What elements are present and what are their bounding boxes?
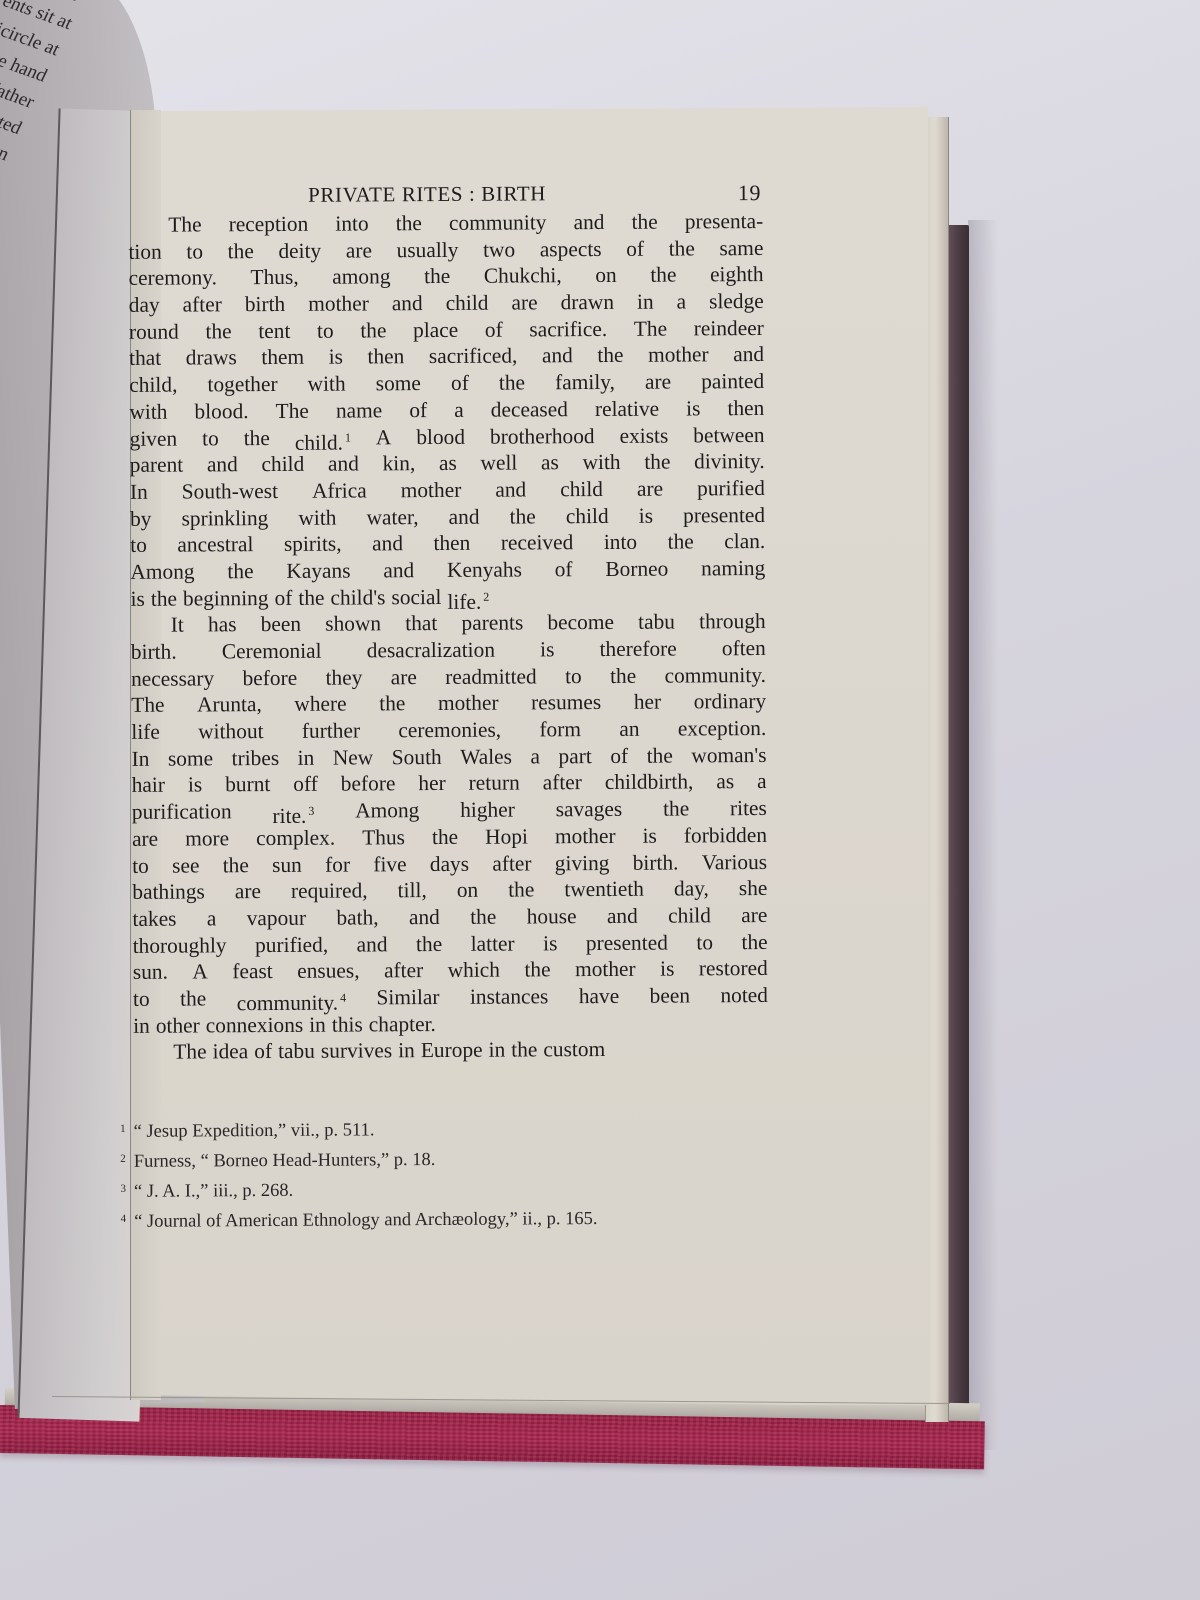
body-line: TheArunta,wherethemotherresumesherordina… [131,688,766,719]
body-line: TheideaoftabusurvivesinEuropeinthecustom [133,1035,768,1066]
footnote-ref: 1 [345,430,351,444]
footnotes: 1“ Jesup Expedition,” vii., p. 511.2Furn… [120,1112,761,1236]
body-line: roundthetenttotheplaceofsacrifice.Therei… [129,315,764,346]
body-line: takesavapourbath,andthehouseandchildare [132,902,767,933]
footnote-ref: 2 [483,589,489,603]
footnote: 3“ J. A. I.,” iii., p. 268. [120,1172,760,1206]
body-line: InsometribesinNewSouthWalesapartofthewom… [131,742,766,773]
body-line: birth.Ceremonialdesacralizationistherefo… [131,635,766,666]
footnote-text: “ Jesup Expedition,” vii., p. 511. [134,1120,375,1141]
body-line: InSouth-westAfricamotherandchildarepurif… [130,475,765,506]
body-text: Thereceptionintothecommunityandthepresen… [128,208,768,1066]
footnote: 1“ Jesup Expedition,” vii., p. 511. [120,1112,760,1146]
photo-scene: AND BELIEFnd. The parents sit attives in… [0,0,1200,1600]
page-number: 19 [738,180,761,206]
body-line: tiontothedeityareusuallytwoaspectsofthes… [128,235,763,266]
body-line: parentandchildandkin,aswellaswiththedivi… [130,448,765,479]
body-line: withblood.Thenameofadeceasedrelativeisth… [129,395,764,426]
footnote: 2Furness, “ Borneo Head-Hunters,” p. 18. [120,1142,760,1176]
body-line: giventothechild.1Abloodbrotherhoodexists… [129,421,764,452]
body-line: AmongtheKayansandKenyahsofBorneonaming [130,555,765,586]
cover-shadow [968,220,998,1450]
footnote-number: 2 [120,1153,126,1165]
body-line: necessarybeforetheyarereadmittedtothecom… [131,662,766,693]
running-head-title: PRIVATE RITES : BIRTH [308,181,546,207]
body-line: toseethesunforfivedaysaftergivingbirth.V… [132,848,767,879]
right-page-text: PRIVATE RITES : BIRTH 19 Thereceptionint… [128,178,768,1066]
body-line: ceremony.Thus,amongtheChukchi,ontheeight… [129,261,764,292]
body-line: sun.Afeastensues,afterwhichthemotherisre… [133,955,768,986]
body-line: hairisburntoffbeforeherreturnafterchildb… [132,768,767,799]
footnote-text: “ J. A. I.,” iii., p. 268. [134,1181,293,1202]
body-line: bysprinklingwithwater,andthechildisprese… [130,502,765,533]
page-block-right-edge [925,117,949,1422]
footnote: 4“ Journal of American Ethnology and Arc… [121,1202,761,1236]
body-line: lifewithoutfurtherceremonies,formanexcep… [131,715,766,746]
body-line: purificationrite.3Amonghighersavagesther… [132,795,767,826]
footnote-ref: 3 [308,804,314,818]
body-line: tothecommunity.4Similarinstanceshavebeen… [133,982,768,1013]
footnote-number: 1 [120,1123,126,1135]
footnote-text: Furness, “ Borneo Head-Hunters,” p. 18. [134,1150,436,1172]
body-line: dayafterbirthmotherandchildaredrawninasl… [129,288,764,319]
body-line: bathingsarerequired,till,onthetwentiethd… [132,875,767,906]
footnote-text: “ Journal of American Ethnology and Arch… [134,1209,597,1232]
body-line: thatdrawsthemisthensacrificed,andthemoth… [129,341,764,372]
body-line: aremorecomplex.ThustheHopimotherisforbid… [132,822,767,853]
body-line: thoroughlypurified,andthelatterispresent… [133,929,768,960]
body-line: toancestralspirits,andthenreceivedintoth… [130,528,765,559]
body-line: inotherconnexionsinthischapter. [133,1009,768,1040]
footnote-ref: 4 [340,990,346,1004]
body-line: child,togetherwithsomeofthefamily,arepai… [129,368,764,399]
footnote-number: 3 [120,1183,126,1195]
running-head: PRIVATE RITES : BIRTH 19 [128,178,763,212]
body-line: Thereceptionintothecommunityandthepresen… [128,208,763,239]
body-line: isthebeginningofthechild'ssociallife.2 [130,582,765,613]
footnote-number: 4 [121,1213,127,1225]
